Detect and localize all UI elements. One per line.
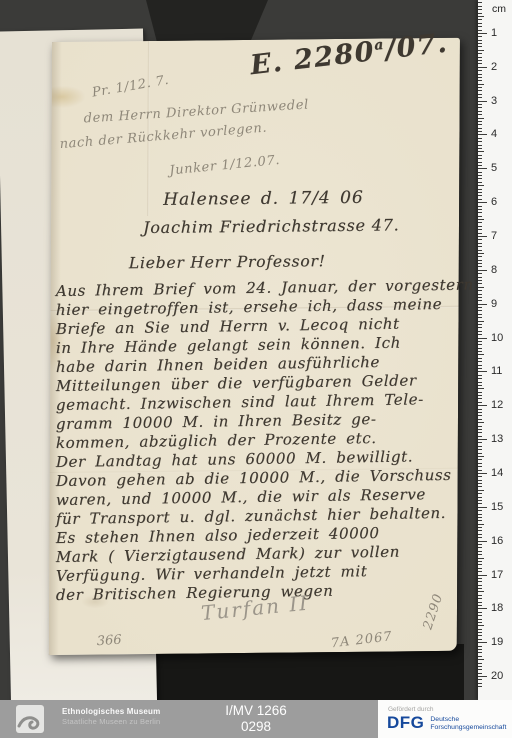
ruler-tick (478, 158, 482, 159)
ruler-tick (478, 107, 482, 108)
ruler-scale: cm 1234567891011121314151617181920 (478, 0, 512, 700)
letter-salutation: Lieber Herr Professor! (129, 252, 326, 272)
ruler-tick (478, 686, 482, 687)
ruler-tick (478, 175, 482, 176)
ruler-tick (478, 449, 482, 450)
ruler-tick (478, 327, 482, 328)
ruler-tick (478, 2, 482, 3)
ruler-tick (478, 321, 484, 322)
ruler-number: 16 (491, 535, 503, 547)
museum-subtitle: Staatliche Museen zu Berlin (62, 717, 160, 727)
ruler-tick (478, 558, 484, 559)
ruler-tick (478, 266, 482, 267)
ruler-tick (478, 50, 484, 51)
ruler-number: 17 (491, 569, 503, 581)
ruler-tick (478, 304, 487, 305)
ruler-tick (478, 138, 482, 139)
ruler-tick (478, 280, 482, 281)
ruler-number: 20 (491, 670, 503, 682)
ruler-tick (478, 625, 484, 626)
pencil-date-note: Pr. 1/12. 7. (91, 73, 170, 101)
ruler-tick (478, 94, 482, 95)
ruler-tick (478, 226, 482, 227)
ruler-tick (478, 77, 482, 78)
scan-viewer: E. 2280a/07. Pr. 1/12. 7. dem Herrn Dire… (0, 0, 512, 738)
ruler-tick (478, 632, 482, 633)
ruler-tick (478, 551, 482, 552)
ruler-tick (478, 598, 482, 599)
ruler-tick (478, 442, 482, 443)
ruler-tick (478, 46, 482, 47)
scan-number: 0298 (156, 719, 356, 735)
ruler-tick (478, 575, 487, 576)
ruler-number: 13 (491, 433, 503, 445)
ruler-tick (478, 202, 487, 203)
dfg-name-line2: Forschungsgemeinschaft (430, 724, 506, 732)
ruler-tick (478, 300, 482, 301)
ruler-tick (478, 314, 482, 315)
ruler-tick (478, 466, 482, 467)
ruler-tick (478, 84, 484, 85)
ruler-tick (478, 36, 482, 37)
ruler-number: 19 (491, 636, 503, 648)
ruler-tick (478, 185, 484, 186)
ruler-tick (478, 517, 482, 518)
ruler-tick (478, 368, 482, 369)
ruler-tick (478, 602, 482, 603)
ruler-tick (478, 74, 482, 75)
ruler-tick (478, 101, 487, 102)
ruler-tick (478, 510, 482, 511)
ruler-tick (478, 568, 482, 569)
ruler-number: 3 (491, 95, 497, 107)
ruler-tick (478, 310, 482, 311)
ruler-tick (478, 209, 482, 210)
ruler-number: 15 (491, 501, 503, 513)
ruler-tick (478, 564, 482, 565)
ruler-tick (478, 561, 482, 562)
ruler-tick (478, 162, 482, 163)
ruler-tick (478, 30, 482, 31)
ruler-number: 5 (491, 162, 497, 174)
ruler-tick (478, 361, 482, 362)
ruler-tick (478, 331, 482, 332)
ruler-tick (478, 392, 482, 393)
ruler-tick (478, 260, 482, 261)
ruler-tick (478, 141, 482, 142)
ruler-tick (478, 67, 487, 68)
ruler-tick (478, 409, 482, 410)
ruler-tick (478, 669, 482, 670)
ruler-tick (478, 405, 487, 406)
ruler-tick (478, 263, 482, 264)
ruler-tick (478, 63, 482, 64)
ruler-tick (478, 412, 482, 413)
ruler-tick (478, 114, 482, 115)
ruler-tick (478, 578, 482, 579)
paper-crease (147, 41, 150, 216)
ruler-tick (478, 385, 482, 386)
ruler-tick (478, 317, 482, 318)
ruler-tick (478, 463, 482, 464)
ruler-tick (478, 585, 482, 586)
ruler-tick (478, 419, 482, 420)
ruler-tick (478, 439, 487, 440)
ruler-number: 2 (491, 61, 497, 73)
ruler-tick (478, 148, 482, 149)
ruler-tick (478, 382, 482, 383)
ruler-tick (478, 605, 482, 606)
ruler-tick (478, 514, 482, 515)
ruler-tick (478, 608, 487, 609)
ruler-tick (478, 70, 482, 71)
ruler-tick (478, 615, 482, 616)
ruler-tick (478, 182, 482, 183)
ruler-tick (478, 432, 482, 433)
dfg-full-name: Deutsche Forschungsgemeinschaft (430, 716, 506, 731)
ruler-tick (478, 206, 482, 207)
ruler-tick (478, 371, 487, 372)
ruler-tick (478, 476, 482, 477)
ruler-tick (478, 646, 482, 647)
ruler-tick (478, 250, 482, 251)
ruler-number: 4 (491, 128, 497, 140)
ruler-number: 8 (491, 264, 497, 276)
ruler-tick (478, 659, 484, 660)
ruler-tick (478, 236, 487, 237)
ruler-tick (478, 6, 482, 7)
ruler-tick (478, 57, 482, 58)
ruler-tick (478, 53, 482, 54)
ruler-tick (478, 294, 482, 295)
letter-body: Aus Ihrem Brief vom 24. Januar, der vorg… (56, 276, 456, 605)
pencil-routing-note-line3: Junker 1/12.07. (169, 153, 281, 179)
ruler-tick (478, 612, 482, 613)
ruler-tick (478, 415, 482, 416)
letter-place-date: Halensee d. 17/4 06 (163, 188, 364, 210)
ruler-tick (478, 446, 482, 447)
ruler-number: 12 (491, 399, 503, 411)
ruler-tick (478, 97, 482, 98)
dfg-logo: DFG Deutsche Forschungsgemeinschaft (387, 714, 506, 731)
ruler-number: 11 (491, 365, 502, 377)
ruler-tick (478, 277, 482, 278)
ruler-tick (478, 324, 482, 325)
dfg-acronym: DFG (387, 714, 424, 731)
ruler-tick (478, 365, 482, 366)
ruler-tick (478, 544, 482, 545)
ruler-tick (478, 165, 482, 166)
ruler-number: 1 (491, 27, 497, 39)
ruler-tick (478, 436, 482, 437)
letter-address: Joachim Friedrichstrasse 47. (143, 215, 400, 237)
ruler-tick (478, 192, 482, 193)
ruler-tick (478, 388, 484, 389)
ruler-tick (478, 178, 482, 179)
ruler-tick (478, 500, 482, 501)
accession-number: E. 2280a/07. (249, 28, 450, 82)
ruler-tick (478, 256, 482, 257)
ruler-tick (478, 134, 487, 135)
ruler-tick (478, 503, 482, 504)
ruler-tick (478, 131, 482, 132)
ruler-number: 14 (491, 467, 503, 479)
ruler-tick (478, 480, 482, 481)
museum-logo-icon (16, 705, 44, 733)
ruler-tick (478, 497, 482, 498)
footer-gray-section: Ethnologisches Museum Staatliche Museen … (0, 700, 378, 738)
document-id-block: I/MV 1266 0298 (156, 703, 356, 734)
ruler-tick (478, 222, 482, 223)
ruler-tick (478, 90, 482, 91)
ruler-tick (478, 402, 482, 403)
ruler-tick (478, 128, 482, 129)
ruler-tick (478, 534, 482, 535)
ruler-tick (478, 104, 482, 105)
ruler-tick (478, 13, 482, 14)
ruler-tick (478, 635, 482, 636)
ruler-tick (478, 239, 482, 240)
ruler-tick (478, 507, 487, 508)
ruler-tick (478, 554, 482, 555)
ruler-tick (478, 676, 487, 677)
ruler-tick (478, 537, 482, 538)
ruler-tick (478, 639, 482, 640)
ruler-tick (478, 547, 482, 548)
ruler-tick (478, 656, 482, 657)
ruler-tick (478, 595, 482, 596)
ruler-tick (478, 341, 482, 342)
ruler-tick (478, 80, 482, 81)
ruler-tick (478, 541, 487, 542)
ruler-tick (478, 422, 484, 423)
ruler-tick (478, 520, 482, 521)
ruler-tick (478, 338, 487, 339)
ruler-tick (478, 16, 484, 17)
ruler-tick (478, 588, 482, 589)
ruler-tick (478, 87, 482, 88)
ruler-tick (478, 195, 482, 196)
ruler-tick (478, 172, 482, 173)
ruler-tick (478, 118, 484, 119)
ruler-tick (478, 530, 482, 531)
ruler-tick (478, 652, 482, 653)
ruler-tick (478, 348, 482, 349)
ruler-tick (478, 354, 484, 355)
ruler-tick (478, 581, 482, 582)
ruler-tick (478, 283, 482, 284)
ruler-tick (478, 591, 484, 592)
ruler-tick (478, 649, 482, 650)
ruler-tick (478, 351, 482, 352)
ruler-tick (478, 571, 482, 572)
pencil-routing-note-line1: dem Herrn Direktor Grünwedel (83, 97, 309, 126)
ruler-tick (478, 23, 482, 24)
ruler-tick (478, 679, 482, 680)
ruler-tick (478, 216, 482, 217)
ruler-tick (478, 666, 482, 667)
ruler-tick (478, 199, 482, 200)
ruler-tick (478, 398, 482, 399)
ruler-tick (478, 19, 482, 20)
ruler-tick (478, 9, 482, 10)
ruler-tick (478, 483, 482, 484)
ruler-tick (478, 246, 482, 247)
ruler-tick (478, 378, 482, 379)
ruler-tick (478, 619, 482, 620)
ruler-tick (478, 453, 482, 454)
ruler-tick (478, 490, 484, 491)
ruler-tick (478, 124, 482, 125)
ruler-tick (478, 673, 482, 674)
ruler-tick (478, 229, 482, 230)
pencil-annotation-left-number: 366 (97, 633, 123, 650)
ruler-tick (478, 121, 482, 122)
ruler-tick (478, 375, 482, 376)
ruler-tick (478, 486, 482, 487)
ruler-number: 6 (491, 196, 497, 208)
ruler-tick (478, 270, 487, 271)
ruler-tick (478, 60, 482, 61)
museum-logo-wave (16, 705, 44, 733)
ruler-tick (478, 663, 482, 664)
ruler-number: 10 (491, 332, 503, 344)
ruler-tick (478, 212, 482, 213)
ruler-tick (478, 307, 482, 308)
funding-section: Gefördert durch DFG Deutsche Forschungsg… (378, 700, 512, 738)
ruler-tick (478, 426, 482, 427)
ruler-tick (478, 683, 482, 684)
ruler-tick (478, 43, 482, 44)
ruler-tick (478, 459, 482, 460)
ruler-tick (478, 155, 482, 156)
ruler-tick (478, 358, 482, 359)
ruler-number: 18 (491, 602, 503, 614)
ruler-number: 7 (491, 230, 497, 242)
ruler-tick (478, 287, 484, 288)
ruler-tick (478, 273, 482, 274)
letter-page: E. 2280a/07. Pr. 1/12. 7. dem Herrn Dire… (49, 38, 460, 655)
ruler-tick (478, 40, 482, 41)
ruler-tick (478, 493, 482, 494)
ruler-unit-label: cm (492, 3, 506, 15)
funding-label: Gefördert durch (388, 706, 434, 713)
ruler-tick (478, 189, 482, 190)
ruler-tick (478, 334, 482, 335)
ruler-tick (478, 111, 482, 112)
ruler-number: 9 (491, 298, 497, 310)
ruler-tick (478, 219, 484, 220)
ruler-tick (478, 395, 482, 396)
ruler-tick (478, 26, 482, 27)
ruler-tick (478, 527, 482, 528)
ruler-tick (478, 253, 484, 254)
ruler-tick (478, 456, 484, 457)
ruler-tick (478, 33, 487, 34)
ruler-tick (478, 168, 487, 169)
pencil-annotation-right-number: 7A 2067 (330, 629, 393, 651)
ruler-tick (478, 473, 487, 474)
inventory-number: I/MV 1266 (156, 703, 356, 719)
dfg-name-line1: Deutsche (430, 716, 506, 724)
ruler-tick (478, 290, 482, 291)
ruler-tick (478, 233, 482, 234)
ruler-tick (478, 470, 482, 471)
ruler-tick (478, 629, 482, 630)
ruler-tick (478, 642, 487, 643)
museum-text-block: Ethnologisches Museum Staatliche Museen … (62, 707, 160, 727)
ruler-tick (478, 145, 482, 146)
ruler-tick (478, 297, 482, 298)
footer-bar: Ethnologisches Museum Staatliche Museen … (0, 700, 512, 738)
ruler-tick (478, 344, 482, 345)
ruler-tick (478, 622, 482, 623)
ruler-tick (478, 524, 484, 525)
ruler-tick (478, 151, 484, 152)
ruler-tick (478, 429, 482, 430)
ruler-tick (478, 243, 482, 244)
museum-name: Ethnologisches Museum (62, 707, 160, 717)
